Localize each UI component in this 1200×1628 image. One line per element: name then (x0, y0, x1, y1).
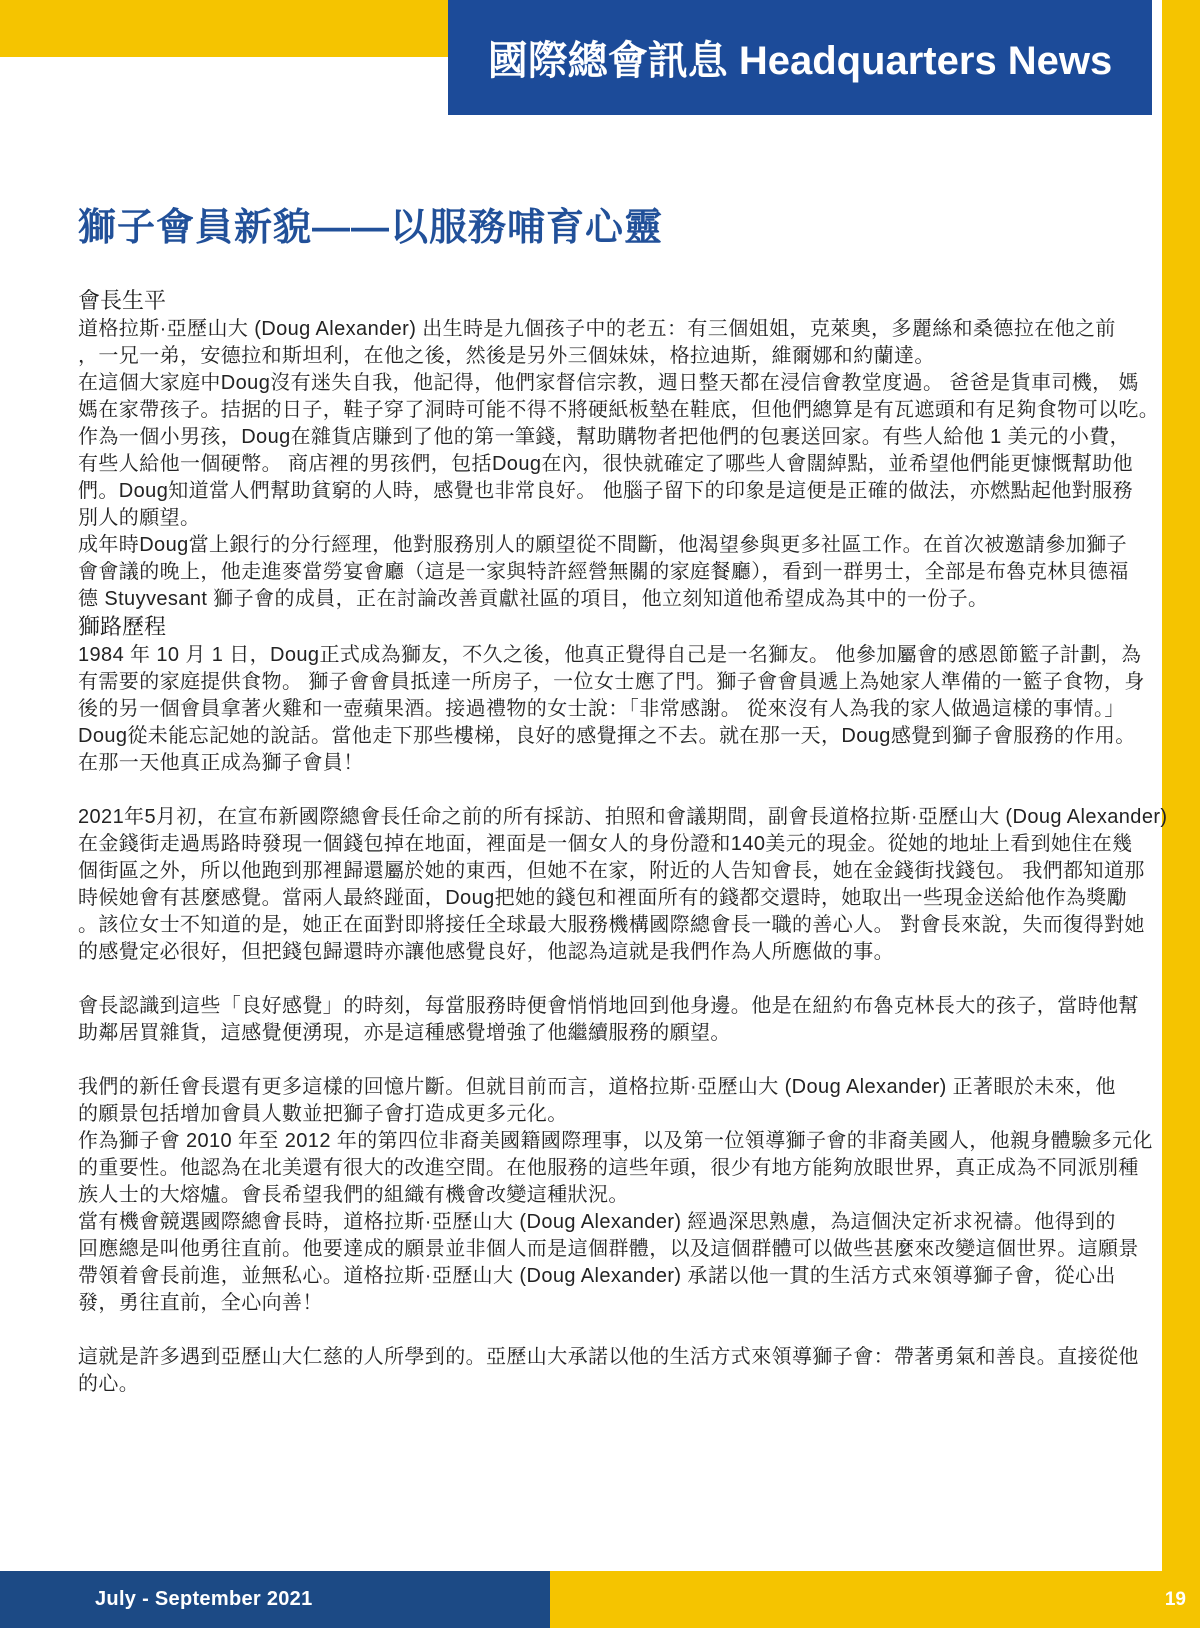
body-line: 作為一個小男孩，Doug在雜貨店賺到了他的第一筆錢，幫助購物者把他們的包裹送回家… (78, 424, 1124, 451)
body-line: 作為獅子會 2010 年至 2012 年的第四位非裔美國籍國際理事，以及第一位領… (78, 1128, 1124, 1155)
paragraph: 會長認識到這些「良好感覺」的時刻，每當服務時便會悄悄地回到他身邊。他是在紐約布魯… (78, 993, 1124, 1047)
body-line: 會長認識到這些「良好感覺」的時刻，每當服務時便會悄悄地回到他身邊。他是在紐約布魯… (78, 993, 1124, 1020)
body-line: 在那一天他真正成為獅子會員！ (78, 750, 1124, 777)
page-header-banner: 國際總會訊息 Headquarters News (448, 0, 1152, 115)
body-line: Doug從未能忘記她的說話。當他走下那些樓梯，良好的感覺揮之不去。就在那一天，D… (78, 723, 1124, 750)
footer-bar: July - September 2021 (0, 1571, 550, 1628)
body-line: 1984 年 10 月 1 日，Doug正式成為獅友，不久之後，他真正覺得自己是… (78, 642, 1124, 669)
article-section: 會長生平道格拉斯·亞歷山大 (Doug Alexander) 出生時是九個孩子中… (78, 287, 1124, 613)
magazine-page: 國際總會訊息 Headquarters News 獅子會員新貌——以服務哺育心靈… (0, 0, 1200, 1628)
paragraph: 1984 年 10 月 1 日，Doug正式成為獅友，不久之後，他真正覺得自己是… (78, 642, 1124, 777)
body-line: 在這個大家庭中Doug沒有迷失自我，他記得，他們家督信宗教，週日整天都在浸信會教… (78, 370, 1124, 397)
footer-issue-date: July - September 2021 (95, 1588, 313, 1611)
body-line: 媽在家帶孩子。拮据的日子，鞋子穿了洞時可能不得不將硬紙板墊在鞋底，但他們總算是有… (78, 397, 1124, 424)
body-line: 的願景包括增加會員人數並把獅子會打造成更多元化。 (78, 1101, 1124, 1128)
article-body: 會長生平道格拉斯·亞歷山大 (Doug Alexander) 出生時是九個孩子中… (78, 287, 1124, 1398)
footer-yellow-band (550, 1571, 1200, 1628)
body-line: 帶領着會長前進，並無私心。道格拉斯·亞歷山大 (Doug Alexander) … (78, 1263, 1124, 1290)
body-line: 回應總是叫他勇往直前。他要達成的願景並非個人而是這個群體，以及這個群體可以做些甚… (78, 1236, 1124, 1263)
paragraph: 道格拉斯·亞歷山大 (Doug Alexander) 出生時是九個孩子中的老五：… (78, 316, 1124, 613)
body-line: 在金錢街走過馬路時發現一個錢包掉在地面，裡面是一個女人的身份證和140美元的現金… (78, 831, 1124, 858)
paragraph: 這就是許多遇到亞歷山大仁慈的人所學到的。亞歷山大承諾以他的生活方式來領導獅子會：… (78, 1344, 1124, 1398)
top-yellow-band (0, 0, 448, 57)
body-line: 個街區之外，所以他跑到那裡歸還屬於她的東西，但她不在家，附近的人告知會長，她在金… (78, 858, 1124, 885)
body-line: 族人士的大熔爐。會長希望我們的組織有機會改變這種狀況。 (78, 1182, 1124, 1209)
article-section: 獅路歷程1984 年 10 月 1 日，Doug正式成為獅友，不久之後，他真正覺… (78, 613, 1124, 1398)
body-line: 的重要性。他認為在北美還有很大的改進空間。在他服務的這些年頭，很少有地方能夠放眼… (78, 1155, 1124, 1182)
section-heading: 獅路歷程 (78, 613, 1124, 640)
body-line: 2021年5月初，在宣布新國際總會長任命之前的所有採訪、拍照和會議期間，副會長道… (78, 804, 1124, 831)
body-line: 的心。 (78, 1371, 1124, 1398)
body-line: 們。Doug知道當人們幫助貧窮的人時，感覺也非常良好。 他腦子留下的印象是這便是… (78, 478, 1124, 505)
body-line: 助鄰居買雜貨，這感覺便湧現，亦是這種感覺增強了他繼續服務的願望。 (78, 1020, 1124, 1047)
body-line: 時候她會有甚麼感覺。當兩人最終踫面，Doug把她的錢包和裡面所有的錢都交還時，她… (78, 885, 1124, 912)
body-line: 當有機會競選國際總會長時，道格拉斯·亞歷山大 (Doug Alexander) … (78, 1209, 1124, 1236)
body-line: 有需要的家庭提供食物。 獅子會會員抵達一所房子，一位女士應了門。獅子會會員遞上為… (78, 669, 1124, 696)
body-line: 發，勇往直前，全心向善！ (78, 1290, 1124, 1317)
paragraph: 我們的新任會長還有更多這樣的回憶片斷。但就目前而言，道格拉斯·亞歷山大 (Dou… (78, 1074, 1124, 1317)
body-line: 成年時Doug當上銀行的分行經理，他對服務別人的願望從不間斷，他渴望參與更多社區… (78, 532, 1124, 559)
right-yellow-border (1162, 0, 1200, 1628)
body-line: 的感覺定必很好，但把錢包歸還時亦讓他感覺良好，他認為這就是我們作為人所應做的事。 (78, 939, 1124, 966)
article-title: 獅子會員新貌——以服務哺育心靈 (78, 196, 1124, 251)
section-heading: 會長生平 (78, 287, 1124, 314)
body-line: 後的另一個會員拿著火雞和一壺蘋果酒。接過禮物的女士說：「非常感謝。 從來沒有人為… (78, 696, 1124, 723)
body-line: 我們的新任會長還有更多這樣的回憶片斷。但就目前而言，道格拉斯·亞歷山大 (Dou… (78, 1074, 1124, 1101)
header-title: 國際總會訊息 Headquarters News (488, 29, 1113, 86)
body-line: 。該位女士不知道的是，她正在面對即將接任全球最大服務機構國際總會長一職的善心人。… (78, 912, 1124, 939)
body-line: 德 Stuyvesant 獅子會的成員，正在討論改善貢獻社區的項目，他立刻知道他… (78, 586, 1124, 613)
body-line: 會會議的晚上，他走進麥當勞宴會廳（這是一家與特許經營無關的家庭餐廳），看到一群男… (78, 559, 1124, 586)
paragraph: 2021年5月初，在宣布新國際總會長任命之前的所有採訪、拍照和會議期間，副會長道… (78, 804, 1124, 966)
body-line: 別人的願望。 (78, 505, 1124, 532)
page-number: 19 (1165, 1571, 1186, 1628)
body-line: 道格拉斯·亞歷山大 (Doug Alexander) 出生時是九個孩子中的老五：… (78, 316, 1124, 343)
body-line: 這就是許多遇到亞歷山大仁慈的人所學到的。亞歷山大承諾以他的生活方式來領導獅子會：… (78, 1344, 1124, 1371)
body-line: 有些人給他一個硬幣。 商店裡的男孩們，包括Doug在內，很快就確定了哪些人會闊綽… (78, 451, 1124, 478)
article: 獅子會員新貌——以服務哺育心靈 會長生平道格拉斯·亞歷山大 (Doug Alex… (78, 196, 1124, 1398)
body-line: ，一兄一弟，安德拉和斯坦利，在他之後，然後是另外三個妹妹，格拉迪斯，維爾娜和約蘭… (78, 343, 1124, 370)
